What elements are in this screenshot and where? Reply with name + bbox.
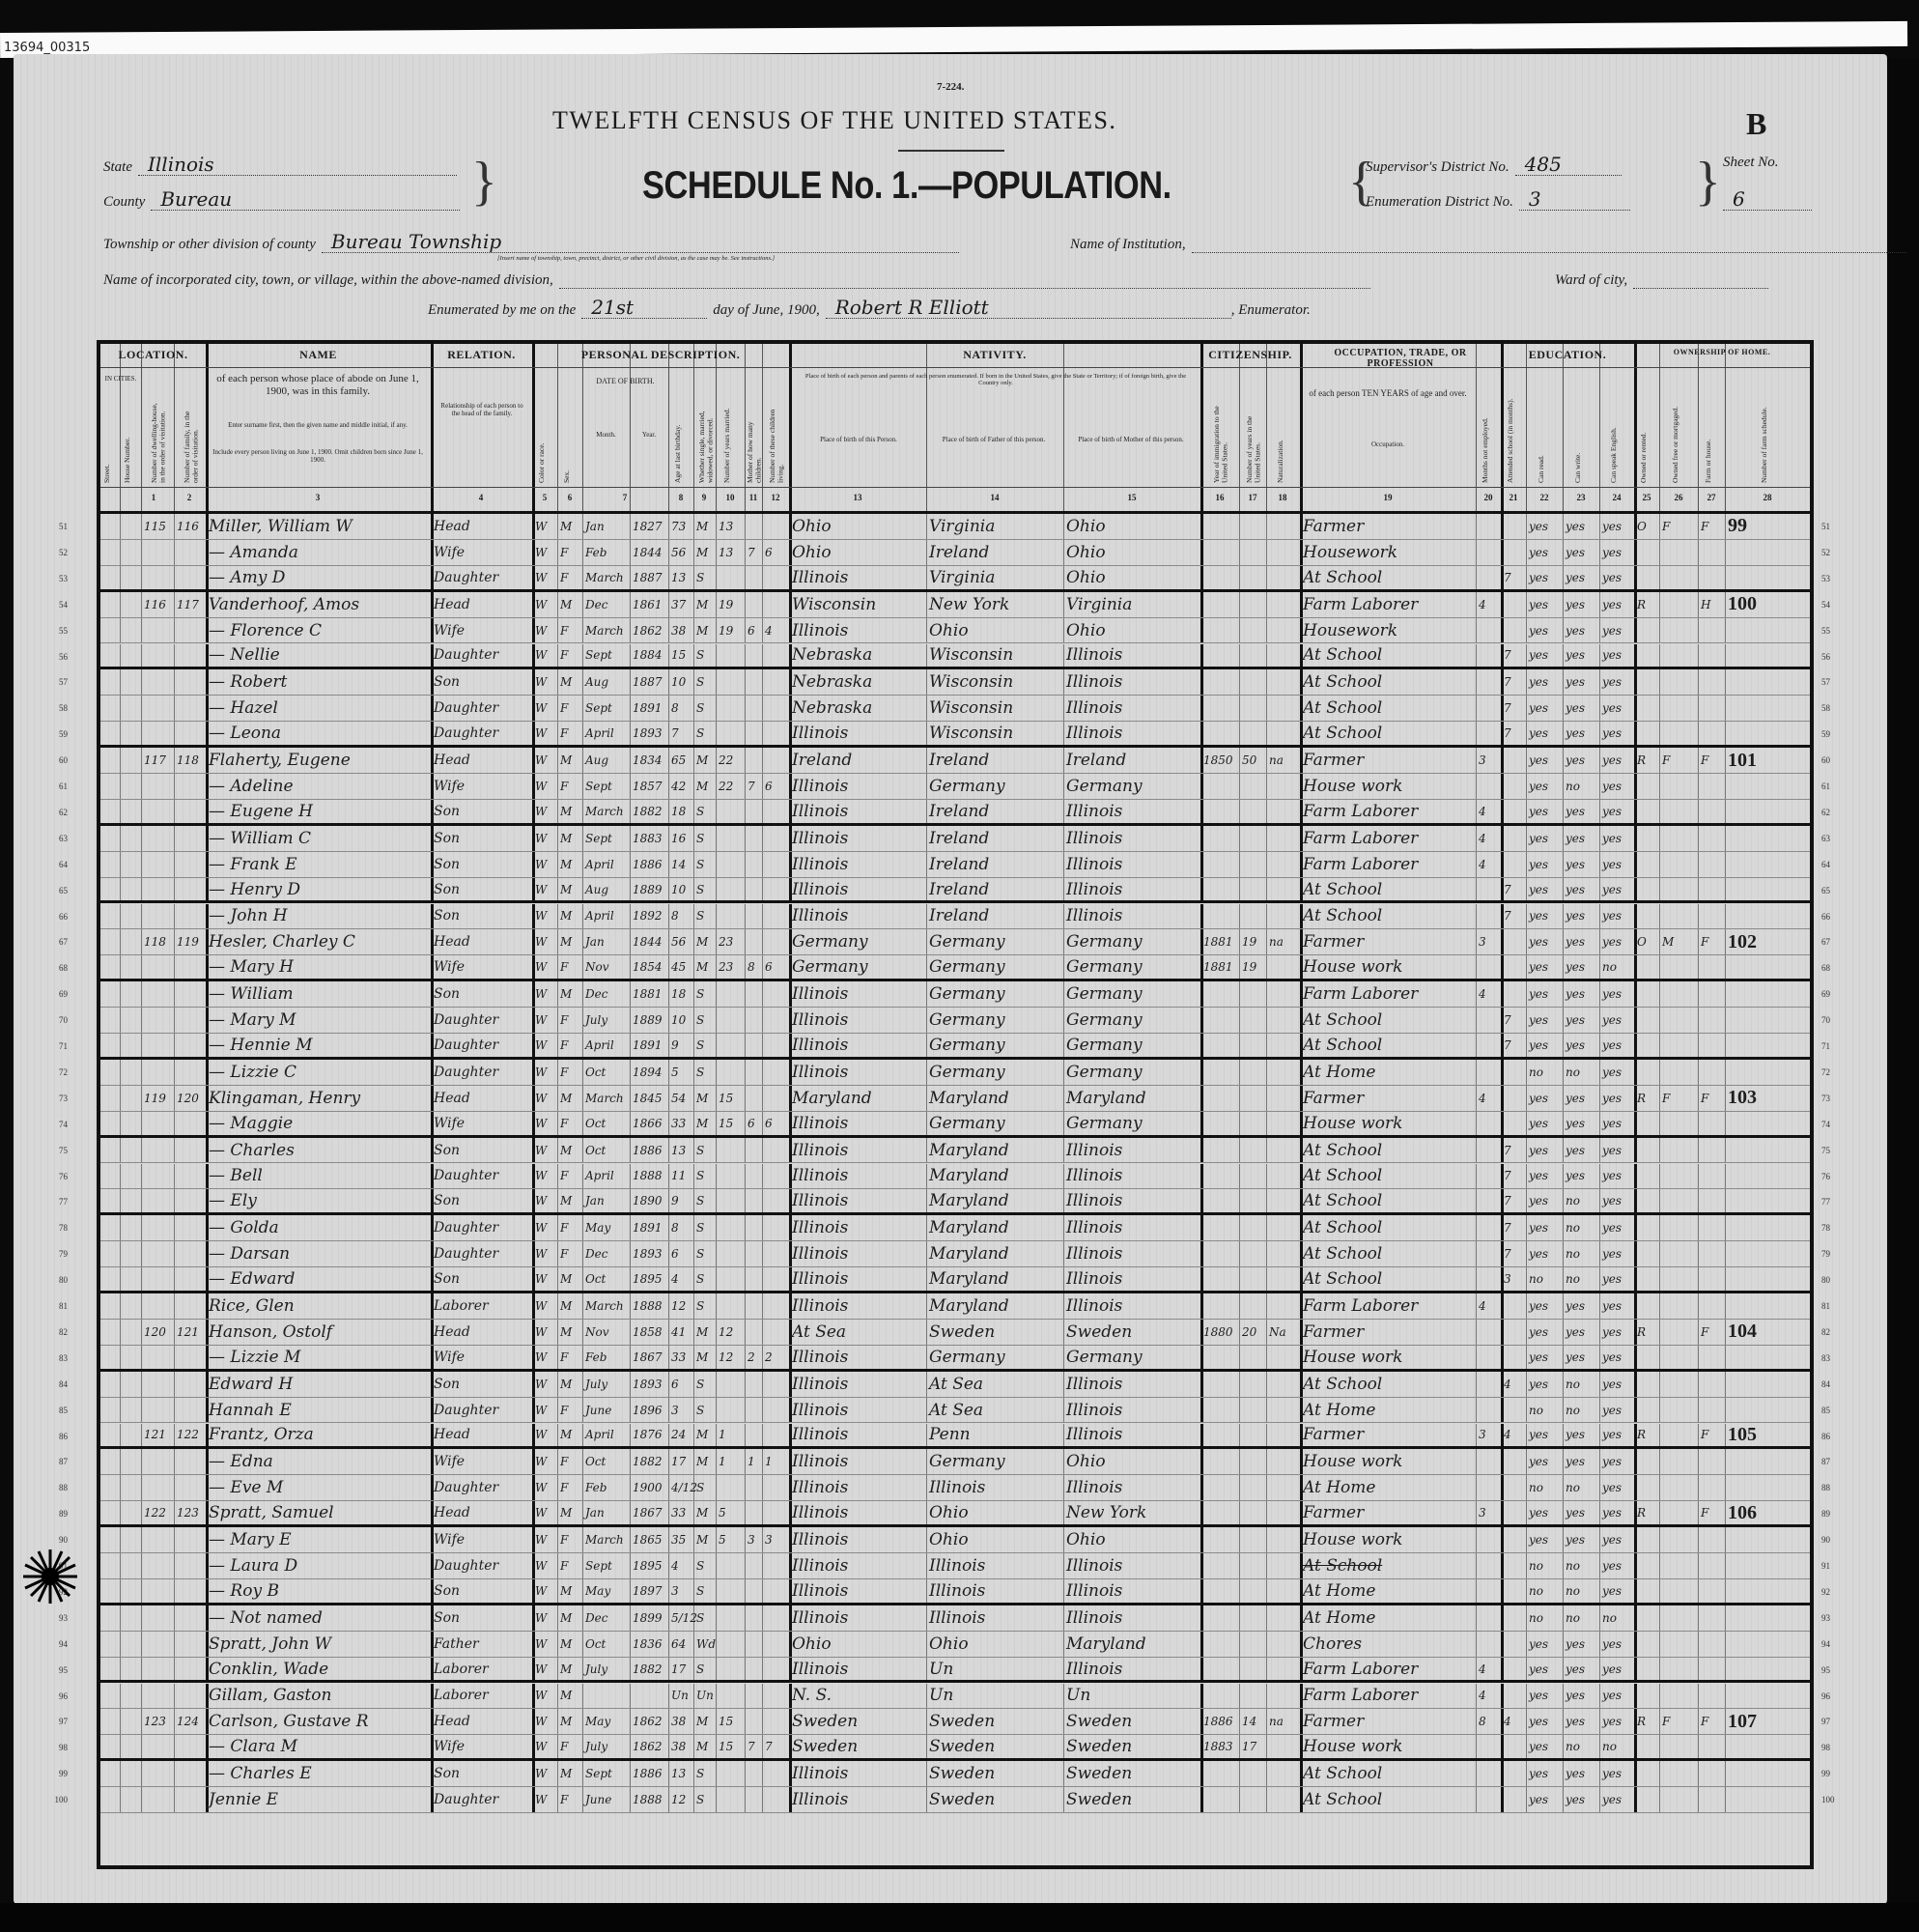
cell-divider <box>582 1241 583 1266</box>
cell-farm <box>1701 1164 1724 1189</box>
cell-divider <box>693 1684 694 1709</box>
cell-father: Germany <box>929 1346 1062 1369</box>
cell-occupation: At School <box>1303 566 1475 589</box>
cell-divider <box>1725 1346 1726 1369</box>
cell-year: 1845 <box>633 1086 667 1111</box>
cell-free <box>1662 1735 1697 1758</box>
cell-yrs-us <box>1242 1164 1265 1189</box>
cell-divider <box>762 1553 763 1578</box>
cell-family <box>177 1684 205 1709</box>
cell-divider <box>630 1034 631 1057</box>
cell-unemployed <box>1479 1320 1500 1345</box>
cell-divider <box>1476 566 1477 589</box>
cell-divider <box>1266 1372 1267 1397</box>
cell-write: yes <box>1566 981 1598 1007</box>
cell-divider <box>1698 1761 1699 1786</box>
cell-unemployed <box>1479 1579 1500 1603</box>
cell-divider <box>926 1138 927 1163</box>
cell-divider <box>1526 1501 1527 1524</box>
cell-unemployed: 4 <box>1479 1293 1500 1319</box>
cell-divider <box>1239 722 1240 745</box>
name-description: of each person whose place of abode on J… <box>212 373 424 397</box>
cell-immig <box>1203 1605 1238 1631</box>
cell-divider <box>141 981 142 1007</box>
cell-immig <box>1203 592 1238 617</box>
cell-school <box>1504 514 1525 539</box>
cell-family <box>177 1475 205 1500</box>
table-row: — Not namedSonWMDec18995/12SIllinoisIlli… <box>100 1605 1810 1632</box>
cell-divider <box>1563 852 1564 877</box>
cell-color: W <box>535 1372 556 1397</box>
cell-father: Illinois <box>929 1605 1062 1631</box>
cell-divider <box>1526 1709 1527 1734</box>
cell-divider <box>1476 1320 1477 1345</box>
cell-divider <box>1563 800 1564 823</box>
cell-divider <box>668 955 669 979</box>
cell-color: W <box>535 722 556 745</box>
cell-divider <box>1239 1501 1240 1524</box>
cell-nat: na <box>1269 748 1299 773</box>
cell-year: 1867 <box>633 1501 667 1524</box>
cell-year: 1888 <box>633 1293 667 1319</box>
cell-read: yes <box>1529 644 1562 668</box>
cell-mother-of <box>748 1372 761 1397</box>
cell-relation: Daughter <box>434 1215 531 1240</box>
cell-divider <box>762 1034 763 1057</box>
line-number-left: 88 <box>41 1483 68 1492</box>
cell-marital: S <box>696 566 715 589</box>
cell-write: yes <box>1566 1449 1598 1474</box>
cell-free <box>1662 618 1697 643</box>
cell-divider <box>1725 929 1726 954</box>
cell-schedule: 103 <box>1728 1086 1809 1111</box>
cell-mother: Illinois <box>1066 1241 1199 1266</box>
cell-mother: Maryland <box>1066 1086 1199 1111</box>
cell-divider <box>745 1761 746 1786</box>
cell-year: 1887 <box>633 566 667 589</box>
cell-occupation: At School <box>1303 1215 1475 1240</box>
cell-color: W <box>535 618 556 643</box>
cell-divider <box>1239 1735 1240 1758</box>
cell-divider <box>1063 1449 1064 1474</box>
line-number-left: 57 <box>41 677 68 687</box>
cell-divider <box>582 1034 583 1057</box>
cell-divider <box>668 696 669 721</box>
cell-divider <box>141 1215 142 1240</box>
cell-own <box>1637 1138 1658 1163</box>
cell-write: yes <box>1566 1527 1598 1552</box>
cell-birth: Nebraska <box>792 644 925 668</box>
cell-mother-of <box>748 981 761 1007</box>
cell-family: 116 <box>177 514 205 539</box>
cell-mother: Illinois <box>1066 800 1199 823</box>
cell-yrs-us <box>1242 1060 1265 1085</box>
cell-birth: Illinois <box>792 1449 925 1474</box>
cell-divider <box>1239 1709 1240 1734</box>
cell-color: W <box>535 1189 556 1212</box>
cell-immig <box>1203 1060 1238 1085</box>
cell-divider <box>174 1086 175 1111</box>
cell-mother: Illinois <box>1066 1424 1199 1447</box>
cell-birth: Illinois <box>792 1398 925 1423</box>
cell-marital: M <box>696 1320 715 1345</box>
cell-divider <box>1476 1189 1477 1212</box>
cell-divider <box>762 1060 763 1085</box>
cell-divider <box>926 1605 927 1631</box>
cell-father: Germany <box>929 955 1062 979</box>
cell-divider <box>557 1787 558 1812</box>
cell-write: yes <box>1566 592 1598 617</box>
cell-year: 1827 <box>633 514 667 539</box>
cell-divider <box>1698 592 1699 617</box>
cell-divider <box>1659 929 1660 954</box>
cell-month: March <box>585 800 629 823</box>
cell-divider <box>1698 1709 1699 1734</box>
cell-farm <box>1701 669 1724 695</box>
cell-divider <box>668 826 669 851</box>
cell-farm <box>1701 826 1724 851</box>
cell-divider <box>1266 1787 1267 1812</box>
cell-yrs-us <box>1242 644 1265 668</box>
cell-yrs-us <box>1242 800 1265 823</box>
cell-yrs-married: 15 <box>719 1086 744 1111</box>
cell-sex: M <box>560 1267 581 1291</box>
cell-read: no <box>1529 1060 1562 1085</box>
cell-write: yes <box>1566 1761 1598 1786</box>
cell-divider <box>762 566 763 589</box>
cell-divider <box>1659 1787 1660 1812</box>
cell-divider <box>1698 852 1699 877</box>
cell-divider <box>762 1787 763 1812</box>
table-row: — HazelDaughterWFSept18918SNebraskaWisco… <box>100 696 1810 722</box>
cell-year: 1894 <box>633 1060 667 1085</box>
cell-month: July <box>585 1008 629 1033</box>
cell-family: 123 <box>177 1501 205 1524</box>
cell-divider <box>1659 1346 1660 1369</box>
cell-divider <box>762 1215 763 1240</box>
cell-nat <box>1269 540 1299 565</box>
cell-divider <box>141 540 142 565</box>
header-owned-rented: Owned or rented. <box>1640 398 1648 483</box>
cell-mother: Ohio <box>1066 1449 1199 1474</box>
cell-divider <box>120 1501 121 1524</box>
cell-divider <box>1063 1372 1064 1397</box>
cell-divider <box>1526 800 1527 823</box>
cell-divider <box>1063 1632 1064 1657</box>
cell-mother: Sweden <box>1066 1320 1199 1345</box>
table-row: — EdnaWifeWFOct188217M111IllinoisGermany… <box>100 1449 1810 1475</box>
cell-divider <box>582 774 583 799</box>
cell-divider <box>1725 800 1726 823</box>
cell-divider <box>557 1215 558 1240</box>
line-number-left: 59 <box>41 729 68 739</box>
cell-read: yes <box>1529 566 1562 589</box>
cell-yrs-married <box>719 1475 744 1500</box>
cell-divider <box>630 904 631 929</box>
cell-divider <box>120 1241 121 1266</box>
cell-relation: Son <box>434 852 531 877</box>
cell-divider <box>762 1579 763 1603</box>
cell-dwelling <box>144 1475 173 1500</box>
cell-sex: M <box>560 1320 581 1345</box>
cell-english: yes <box>1602 722 1633 745</box>
cell-divider <box>1476 1527 1477 1552</box>
line-number-right: 52 <box>1821 548 1848 557</box>
cell-schedule <box>1728 1112 1809 1135</box>
cell-divider <box>668 1398 669 1423</box>
cell-divider <box>1526 1398 1527 1423</box>
cell-sex: M <box>560 1501 581 1524</box>
cell-age: 64 <box>671 1632 692 1657</box>
cell-divider <box>1063 566 1064 589</box>
cell-mother: Maryland <box>1066 1632 1199 1657</box>
cell-age: 12 <box>671 1293 692 1319</box>
cell-schedule <box>1728 800 1809 823</box>
cell-divider <box>1476 1475 1477 1500</box>
cell-divider <box>174 1398 175 1423</box>
cell-divider <box>1063 1008 1064 1033</box>
cell-immig <box>1203 540 1238 565</box>
cell-marital: M <box>696 1527 715 1552</box>
cell-divider <box>716 722 717 745</box>
cell-yrs-married <box>719 878 744 901</box>
cell-immig <box>1203 800 1238 823</box>
cell-year: 1867 <box>633 1346 667 1369</box>
cell-divider <box>582 1293 583 1319</box>
cell-family <box>177 955 205 979</box>
cell-divider <box>1266 748 1267 773</box>
cell-read: yes <box>1529 981 1562 1007</box>
cell-school <box>1504 800 1525 823</box>
cell-divider <box>141 1034 142 1057</box>
cell-school <box>1504 1658 1525 1681</box>
cell-year: 1858 <box>633 1320 667 1345</box>
cell-family <box>177 1034 205 1057</box>
cell-english: yes <box>1602 1709 1633 1734</box>
cell-marital: S <box>696 1008 715 1033</box>
cell-divider <box>1239 800 1240 823</box>
cell-name: Klingaman, Henry <box>209 1086 430 1111</box>
cell-divider <box>1563 1761 1564 1786</box>
cell-write: yes <box>1566 514 1598 539</box>
cell-divider <box>557 1320 558 1345</box>
cell-family <box>177 1008 205 1033</box>
cell-relation: Son <box>434 1189 531 1212</box>
cell-mother: Ohio <box>1066 618 1199 643</box>
cell-living: 6 <box>765 540 788 565</box>
cell-yrs-us <box>1242 981 1265 1007</box>
cell-family <box>177 669 205 695</box>
cell-mother-of <box>748 1267 761 1291</box>
cell-occupation: House work <box>1303 1527 1475 1552</box>
cell-farm <box>1701 1658 1724 1681</box>
cell-nat <box>1269 1112 1299 1135</box>
cell-divider <box>745 1501 746 1524</box>
cell-age: 33 <box>671 1346 692 1369</box>
cell-divider <box>1526 904 1527 929</box>
cell-age: 9 <box>671 1034 692 1057</box>
cell-english: yes <box>1602 981 1633 1007</box>
cell-divider <box>582 644 583 668</box>
cell-divider <box>716 644 717 668</box>
cell-father: Wisconsin <box>929 644 1062 668</box>
cell-yrs-us <box>1242 1761 1265 1786</box>
cell-year: 1882 <box>633 800 667 823</box>
cell-divider <box>1599 1424 1600 1447</box>
cell-own <box>1637 540 1658 565</box>
cell-nat <box>1269 592 1299 617</box>
line-number-right: 54 <box>1821 600 1848 610</box>
cell-farm <box>1701 644 1724 668</box>
cell-divider <box>582 1501 583 1524</box>
cell-mother: Illinois <box>1066 696 1199 721</box>
cell-mother-of <box>748 878 761 901</box>
cell-divider <box>1063 1553 1064 1578</box>
cell-age: 14 <box>671 852 692 877</box>
cell-divider <box>745 644 746 668</box>
cell-divider <box>1599 669 1600 695</box>
cell-english: yes <box>1602 592 1633 617</box>
cell-free <box>1662 592 1697 617</box>
cell-color: W <box>535 1787 556 1812</box>
header-years-us: Number of years in the United States. <box>1246 398 1262 483</box>
cell-mother-of <box>748 1579 761 1603</box>
cell-divider <box>557 514 558 539</box>
cell-age: 37 <box>671 592 692 617</box>
line-number-right: 98 <box>1821 1743 1848 1752</box>
cell-name: Hanson, Ostolf <box>209 1320 430 1345</box>
cell-birth: Illinois <box>792 1215 925 1240</box>
cell-own <box>1637 981 1658 1007</box>
cell-school <box>1504 1553 1525 1578</box>
cell-divider <box>1526 514 1527 539</box>
cell-divider <box>557 566 558 589</box>
cell-read: yes <box>1529 800 1562 823</box>
cell-divider <box>668 1684 669 1709</box>
cell-school: 7 <box>1504 566 1525 589</box>
cell-divider <box>716 852 717 877</box>
cell-read: yes <box>1529 1215 1562 1240</box>
cell-schedule <box>1728 981 1809 1007</box>
cell-divider <box>693 955 694 979</box>
cell-marital: S <box>696 644 715 668</box>
cell-living <box>765 1658 788 1681</box>
cell-english: yes <box>1602 1034 1633 1057</box>
cell-divider <box>1526 618 1527 643</box>
cell-yrs-us <box>1242 1215 1265 1240</box>
cell-divider <box>693 1787 694 1812</box>
cell-divider <box>1725 592 1726 617</box>
cell-father: Ohio <box>929 1527 1062 1552</box>
cell-mother-of <box>748 1475 761 1500</box>
cell-marital: S <box>696 1215 715 1240</box>
cell-dwelling <box>144 1579 173 1603</box>
cell-read: no <box>1529 1553 1562 1578</box>
cell-divider <box>174 981 175 1007</box>
cell-divider <box>1266 696 1267 721</box>
cell-divider <box>582 1684 583 1709</box>
cell-school <box>1504 1605 1525 1631</box>
cell-immig: 1886 <box>1203 1709 1238 1734</box>
header-mother-of: Mother of how many children. <box>747 398 763 483</box>
cell-color: W <box>535 1658 556 1681</box>
sheet-no-field: 6 <box>1723 189 1812 211</box>
cell-read: yes <box>1529 618 1562 643</box>
cell-divider <box>1659 826 1660 851</box>
cell-nat <box>1269 1787 1299 1812</box>
cell-name: — Mary H <box>209 955 430 979</box>
cell-father: Sweden <box>929 1320 1062 1345</box>
cell-write: yes <box>1566 669 1598 695</box>
cell-age: 6 <box>671 1241 692 1266</box>
cell-mother: Illinois <box>1066 1293 1199 1319</box>
cell-divider <box>174 1605 175 1631</box>
column-number: 24 <box>1607 493 1626 502</box>
cell-divider <box>693 1372 694 1397</box>
cell-divider <box>716 774 717 799</box>
cell-father: Maryland <box>929 1189 1062 1212</box>
cell-immig <box>1203 981 1238 1007</box>
cell-name: — Leona <box>209 722 430 745</box>
cell-divider <box>1563 1189 1564 1212</box>
cell-own <box>1637 826 1658 851</box>
cell-relation: Head <box>434 929 531 954</box>
cell-divider <box>1476 1215 1477 1240</box>
cell-yrs-us <box>1242 1086 1265 1111</box>
cell-divider <box>1526 1553 1527 1578</box>
cell-year: 1890 <box>633 1189 667 1212</box>
cell-birth: Illinois <box>792 878 925 901</box>
cell-school: 7 <box>1504 1034 1525 1057</box>
cell-name: — Maggie <box>209 1112 430 1135</box>
cell-divider <box>630 1632 631 1657</box>
cell-divider <box>1266 1086 1267 1111</box>
cell-own: R <box>1637 1086 1658 1111</box>
cell-divider <box>582 1320 583 1345</box>
cell-marital: M <box>696 618 715 643</box>
cell-divider <box>1526 1189 1527 1212</box>
cell-mother-of <box>748 1189 761 1212</box>
line-number-right: 60 <box>1821 755 1848 765</box>
cell-divider <box>1476 1787 1477 1812</box>
cell-mother: Illinois <box>1066 1658 1199 1681</box>
cell-divider <box>141 904 142 929</box>
sheet-no-label-field: Sheet No. <box>1723 155 1785 171</box>
cell-divider <box>1526 1372 1527 1397</box>
cell-marital: M <box>696 1735 715 1758</box>
cell-divider <box>716 1267 717 1291</box>
cell-mother-of <box>748 1241 761 1266</box>
cell-divider <box>668 1034 669 1057</box>
cell-family <box>177 1189 205 1212</box>
cell-divider <box>1239 1605 1240 1631</box>
cell-mother-of <box>748 514 761 539</box>
cell-schedule <box>1728 1008 1809 1033</box>
cell-occupation: At Home <box>1303 1579 1475 1603</box>
cell-divider <box>1698 1086 1699 1111</box>
cell-immig <box>1203 1658 1238 1681</box>
cell-nat: Na <box>1269 1320 1299 1345</box>
cell-unemployed <box>1479 1632 1500 1657</box>
cell-living <box>765 800 788 823</box>
cell-relation: Son <box>434 878 531 901</box>
schedule-title: SCHEDULE No. 1.—POPULATION. <box>642 164 1171 208</box>
cell-unemployed <box>1479 1164 1500 1189</box>
cell-nat <box>1269 1086 1299 1111</box>
cell-divider <box>693 514 694 539</box>
cell-month: Oct <box>585 1138 629 1163</box>
cell-nat <box>1269 1241 1299 1266</box>
